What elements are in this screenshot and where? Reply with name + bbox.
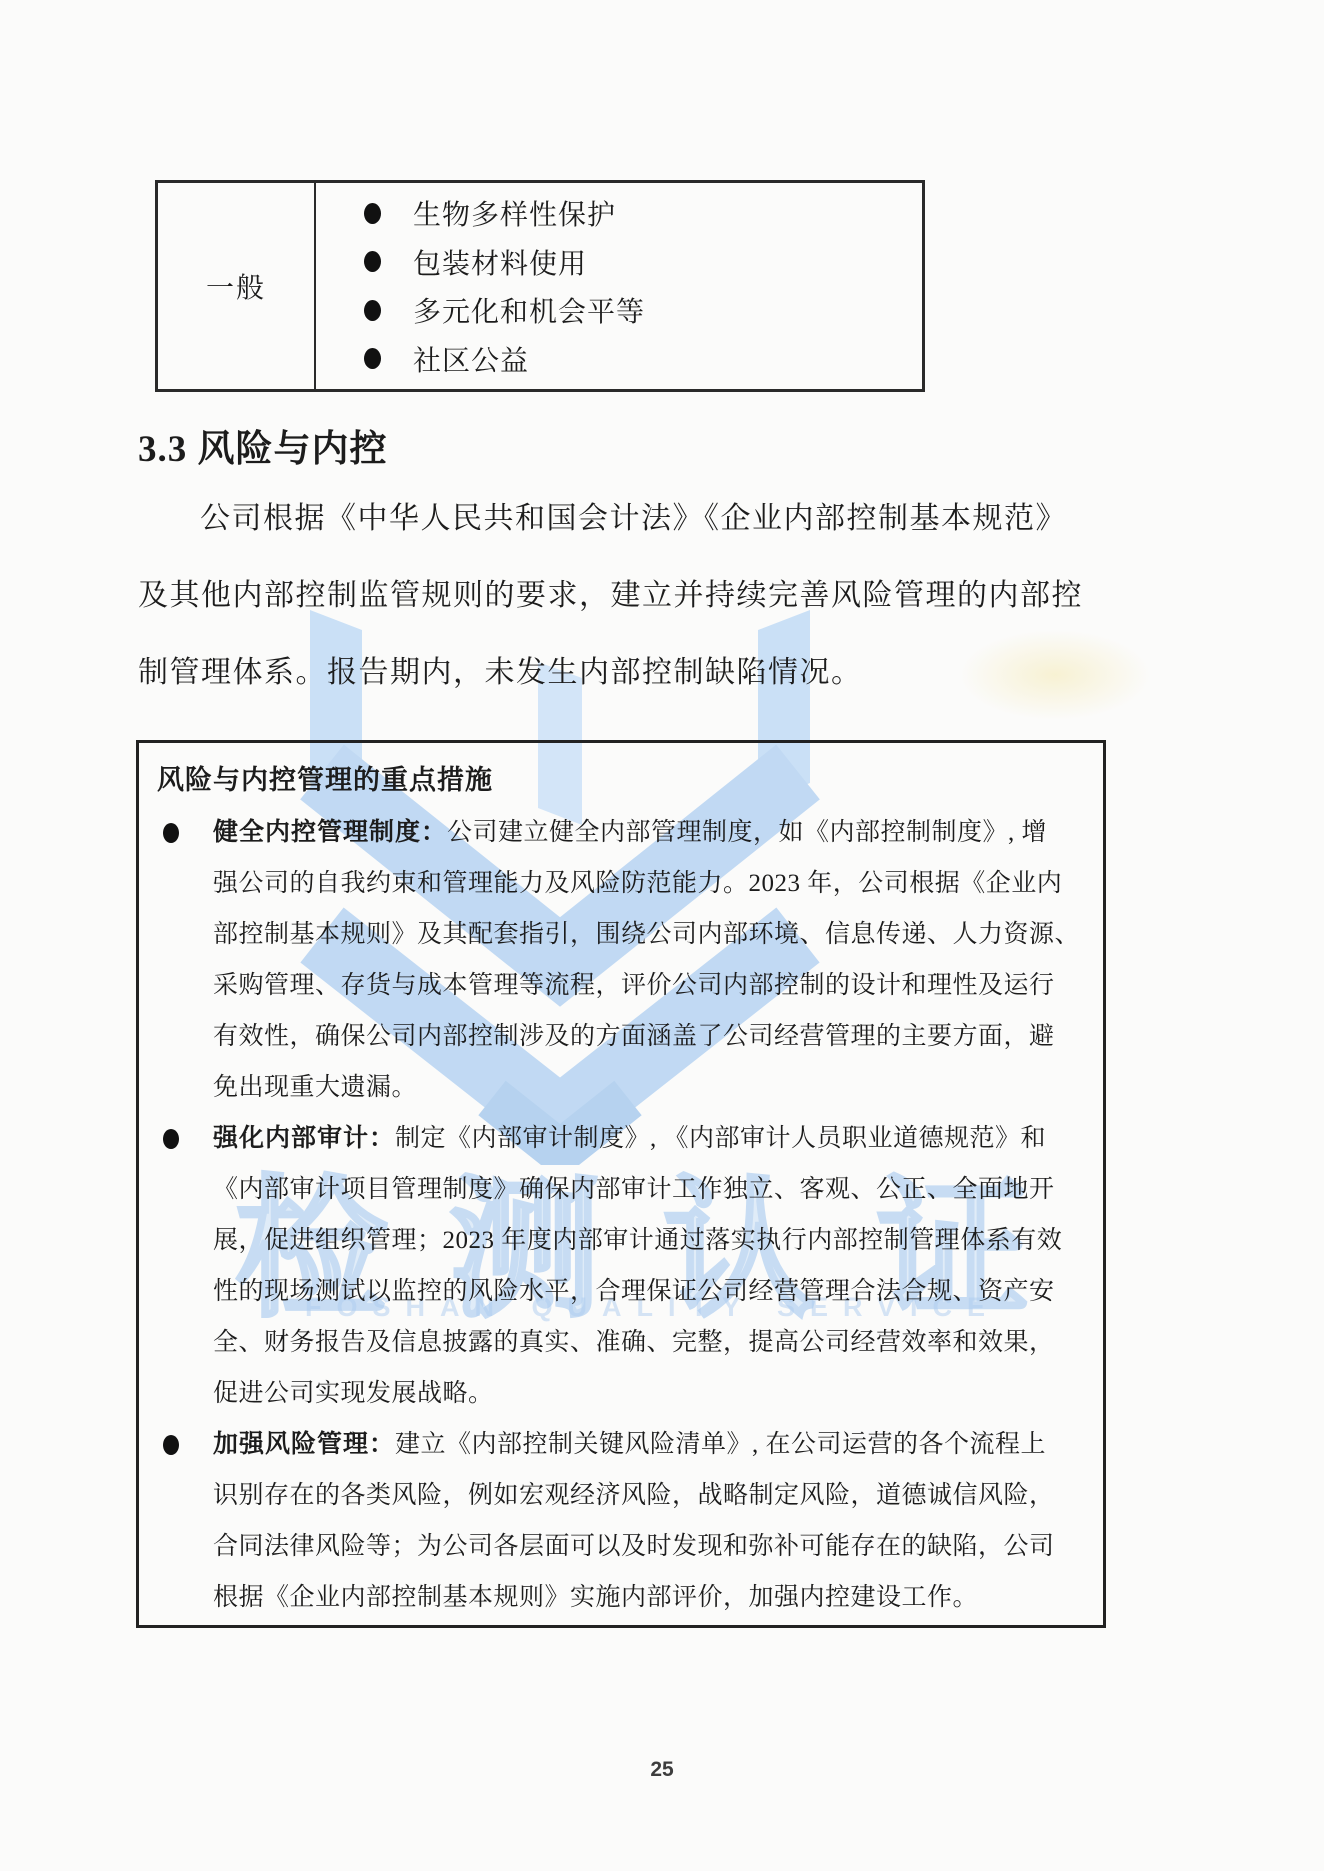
measure-lead: 加强风险管理： [213,1431,395,1458]
bullet-icon [364,203,381,224]
measure-line: 强化内部审计：制定《内部审计制度》, 《内部审计人员职业道德规范》和 [213,1113,1085,1164]
measure-line: 加强风险管理：建立《内部控制关键风险清单》, 在公司运营的各个流程上 [213,1419,1085,1470]
measure-line: 部控制基本规则》及其配套指引，围绕公司内部环境、信息传递、人力资源、 [213,909,1085,960]
bullet-icon [163,1129,179,1149]
page-number: 25 [0,1758,1324,1782]
item-label: 社区公益 [413,339,529,379]
measure-line: 展，促进组织管理；2023 年度内部审计通过落实执行内部控制管理体系有效 [213,1215,1085,1266]
intro-paragraph: 公司根据《中华人民共和国会计法》《企业内部控制基本规范》 及其他内部控制监管规则… [138,480,1123,711]
risk-box: 风险与内控管理的重点措施 健全内控管理制度：公司建立健全内部管理制度，如《内部控… [136,740,1106,1628]
measure-line: 强公司的自我约束和管理能力及风险防范能力。2023 年，公司根据《企业内 [213,858,1085,909]
topic-list: 生物多样性保护 包装材料使用 多元化和机会平等 社区公益 [316,183,922,389]
bullet-icon [364,251,381,272]
risk-measure-item: 强化内部审计：制定《内部审计制度》, 《内部审计人员职业道德规范》和 《内部审计… [157,1113,1085,1419]
paragraph-line: 制管理体系。报告期内，未发生内部控制缺陷情况。 [138,634,1123,711]
measure-line: 合同法律风险等；为公司各层面可以及时发现和弥补可能存在的缺陷，公司 [213,1521,1085,1572]
risk-measure-item: 加强风险管理：建立《内部控制关键风险清单》, 在公司运营的各个流程上 识别存在的… [157,1419,1085,1623]
paragraph-line: 及其他内部控制监管规则的要求，建立并持续完善风险管理的内部控 [138,557,1123,634]
bullet-icon [364,300,381,321]
category-label: 一般 [206,266,266,306]
measure-line: 免出现重大遗漏。 [213,1062,1085,1113]
measure-line: 全、财务报告及信息披露的真实、准确、完整，提高公司经营效率和效果， [213,1317,1085,1368]
item-label: 包装材料使用 [413,242,587,282]
measure-lead: 强化内部审计： [213,1125,395,1152]
measure-line: 健全内控管理制度：公司建立健全内部管理制度，如《内部控制制度》, 增 [213,807,1085,858]
measure-line: 识别存在的各类风险，例如宏观经济风险，战略制定风险，道德诚信风险， [213,1470,1085,1521]
measure-line: 采购管理、存货与成本管理等流程，评价公司内部控制的设计和理性及运行 [213,960,1085,1011]
list-item: 社区公益 [316,335,922,384]
bullet-icon [163,823,179,843]
item-label: 多元化和机会平等 [413,290,645,330]
section-heading: 3.3 风险与内控 [138,418,388,472]
list-item: 生物多样性保护 [316,189,922,238]
page-content: 一般 生物多样性保护 包装材料使用 多元化和机会平等 社区公益 [0,0,1324,1871]
measure-lead: 健全内控管理制度： [213,819,447,846]
risk-measure-item: 健全内控管理制度：公司建立健全内部管理制度，如《内部控制制度》, 增 强公司的自… [157,807,1085,1113]
list-item: 包装材料使用 [316,238,922,287]
measure-line: 《内部审计项目管理制度》确保内部审计工作独立、客观、公正、全面地开 [213,1164,1085,1215]
item-label: 生物多样性保护 [413,193,616,233]
measure-line: 性的现场测试以监控的风险水平，合理保证公司经营管理合法合规、资产安 [213,1266,1085,1317]
topic-table: 一般 生物多样性保护 包装材料使用 多元化和机会平等 社区公益 [155,180,925,392]
bullet-icon [163,1435,179,1455]
bullet-icon [364,348,381,369]
measure-line: 根据《企业内部控制基本规则》实施内部评价，加强内控建设工作。 [213,1572,1085,1623]
risk-box-title: 风险与内控管理的重点措施 [157,753,1085,807]
paragraph-line: 公司根据《中华人民共和国会计法》《企业内部控制基本规范》 [138,480,1123,557]
table-cell-category: 一般 [158,183,316,389]
list-item: 多元化和机会平等 [316,286,922,335]
measure-line: 有效性，确保公司内部控制涉及的方面涵盖了公司经营管理的主要方面，避 [213,1011,1085,1062]
document-page: 检测认证 FOSHAN QUALITY SERVICE 一般 生物多样性保护 包… [0,0,1324,1871]
measure-line: 促进公司实现发展战略。 [213,1368,1085,1419]
